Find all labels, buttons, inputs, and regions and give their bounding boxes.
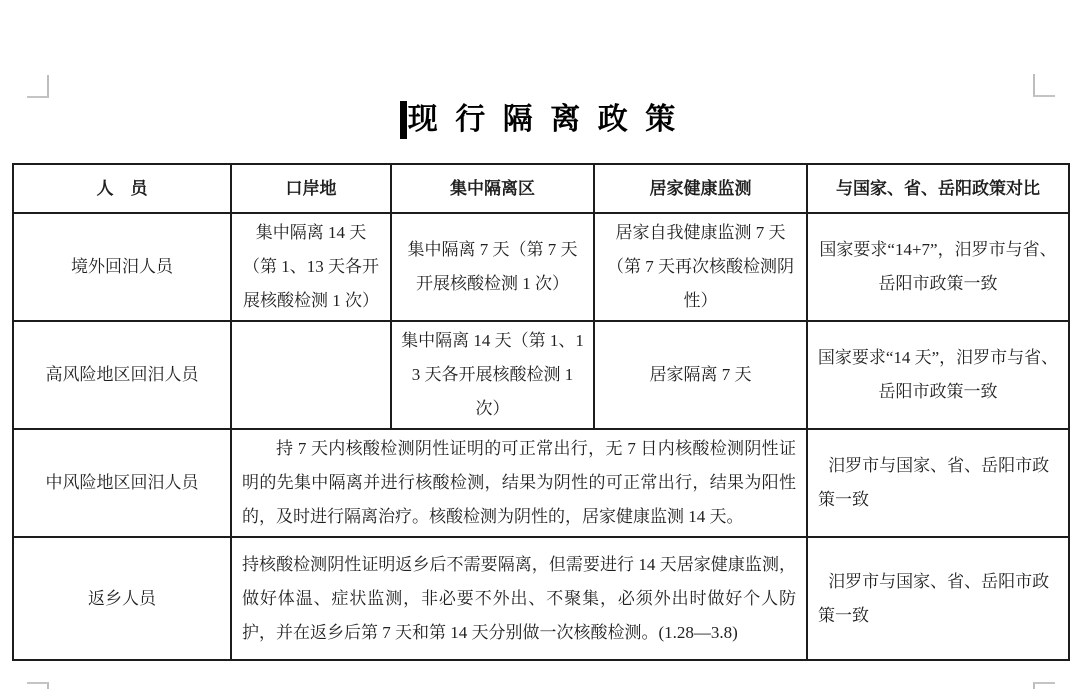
crop-mark-top-right — [1033, 74, 1055, 97]
table-row: 返乡人员 持核酸检测阴性证明返乡后不需要隔离，但需要进行 14 天居家健康监测，… — [13, 537, 1069, 660]
person-cell[interactable]: 境外回汨人员 — [13, 213, 231, 321]
crop-mark-top-left — [27, 75, 49, 98]
header-cell-person[interactable]: 人 员 — [13, 164, 231, 213]
merged-policy-cell[interactable]: 持 7 天内核酸检测阴性证明的可正常出行，无 7 日内核酸检测阴性证明的先集中隔… — [231, 429, 807, 537]
comparison-cell[interactable]: 国家要求“14 天”，汨罗市与省、岳阳市政策一致 — [807, 321, 1069, 429]
comparison-cell[interactable]: 国家要求“14+7”，汨罗市与省、岳阳市政策一致 — [807, 213, 1069, 321]
header-cell-port[interactable]: 口岸地 — [231, 164, 391, 213]
text-cursor — [400, 101, 407, 139]
person-cell[interactable]: 中风险地区回汨人员 — [13, 429, 231, 537]
table-header-row: 人 员 口岸地 集中隔离区 居家健康监测 与国家、省、岳阳政策对比 — [13, 164, 1069, 213]
header-cell-centralized[interactable]: 集中隔离区 — [391, 164, 594, 213]
comparison-cell[interactable]: 汨罗市与国家、省、岳阳市政策一致 — [807, 537, 1069, 660]
header-cell-comparison[interactable]: 与国家、省、岳阳政策对比 — [807, 164, 1069, 213]
comparison-cell[interactable]: 汨罗市与国家、省、岳阳市政策一致 — [807, 429, 1069, 537]
table-row: 境外回汨人员 集中隔离 14 天（第 1、13 天各开展核酸检测 1 次） 集中… — [13, 213, 1069, 321]
crop-mark-bottom-left — [27, 682, 49, 689]
centralized-cell[interactable]: 集中隔离 7 天（第 7 天开展核酸检测 1 次） — [391, 213, 594, 321]
port-cell[interactable] — [231, 321, 391, 429]
table-row: 高风险地区回汨人员 集中隔离 14 天（第 1、13 天各开展核酸检测 1 次）… — [13, 321, 1069, 429]
person-cell[interactable]: 返乡人员 — [13, 537, 231, 660]
home-monitoring-cell[interactable]: 居家自我健康监测 7 天（第 7 天再次核酸检测阴性） — [594, 213, 807, 321]
quarantine-policy-table: 人 员 口岸地 集中隔离区 居家健康监测 与国家、省、岳阳政策对比 境外回汨人员… — [12, 163, 1070, 661]
port-cell[interactable]: 集中隔离 14 天（第 1、13 天各开展核酸检测 1 次） — [231, 213, 391, 321]
header-cell-home-monitoring[interactable]: 居家健康监测 — [594, 164, 807, 213]
page-title[interactable]: 现 行 隔 离 政 策 — [408, 99, 681, 141]
merged-policy-cell[interactable]: 持核酸检测阴性证明返乡后不需要隔离，但需要进行 14 天居家健康监测，做好体温、… — [231, 537, 807, 660]
person-cell[interactable]: 高风险地区回汨人员 — [13, 321, 231, 429]
home-monitoring-cell[interactable]: 居家隔离 7 天 — [594, 321, 807, 429]
table-row: 中风险地区回汨人员 持 7 天内核酸检测阴性证明的可正常出行，无 7 日内核酸检… — [13, 429, 1069, 537]
document-page: 现 行 隔 离 政 策 人 员 口岸地 集中隔离区 居家健康监测 与国家、省、岳… — [0, 0, 1080, 689]
crop-mark-bottom-right — [1033, 682, 1055, 689]
centralized-cell[interactable]: 集中隔离 14 天（第 1、13 天各开展核酸检测 1 次） — [391, 321, 594, 429]
document-title-row: 现 行 隔 离 政 策 — [0, 99, 1080, 141]
